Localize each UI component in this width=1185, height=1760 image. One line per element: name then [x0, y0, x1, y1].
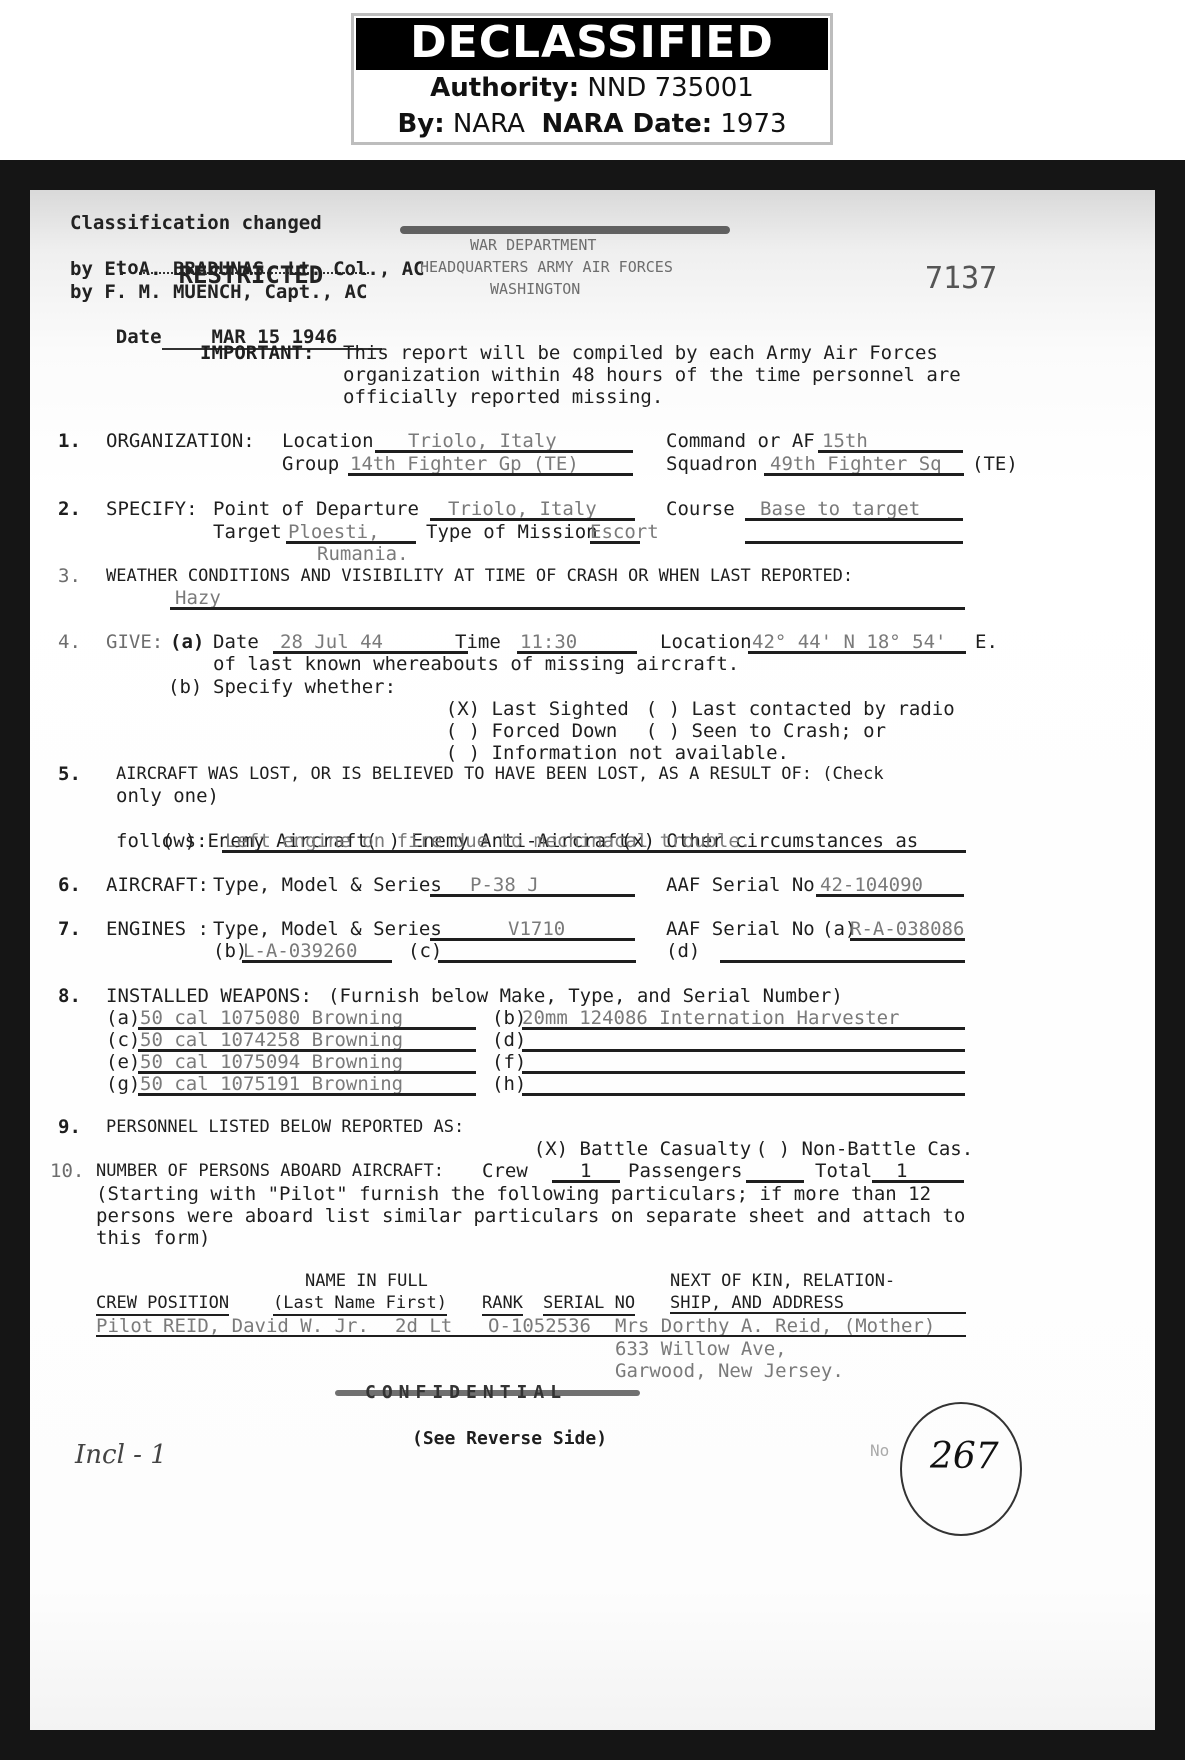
s4-a-label: (a) [170, 631, 204, 653]
checkbox-empty-icon[interactable]: ( ) [446, 742, 480, 764]
s10-crew-label: Crew [482, 1160, 528, 1182]
s4-a-line-2: of last known whereabouts of missing air… [213, 653, 739, 675]
s4-b-text: Specify whether: [213, 676, 396, 698]
s6-type-label: Type, Model & Series [213, 874, 442, 896]
weapon-f-line[interactable] [522, 1071, 965, 1074]
row-line [96, 1335, 966, 1337]
weapon-h-line[interactable] [522, 1093, 965, 1096]
col-header-serial: SERIAL NO [543, 1292, 635, 1316]
number-prefix: No [870, 1440, 889, 1462]
s4-location-suffix: E. [975, 631, 998, 653]
s6-type-line [430, 894, 635, 897]
row-position: Pilot [96, 1315, 153, 1337]
s2-mission-line [590, 541, 640, 544]
col-header-name-top: NAME IN FULL [305, 1270, 428, 1292]
checkbox-empty-icon[interactable]: ( ) [756, 1138, 790, 1160]
s7-type-line [430, 938, 635, 941]
row-kin: Mrs Dorthy A. Reid, (Mother) [615, 1315, 935, 1337]
s10-total-label: Total [815, 1160, 872, 1182]
confidential-stamp: CONFIDENTIAL [365, 1382, 567, 1404]
s7-type-value[interactable]: V1710 [508, 918, 565, 940]
report-number: 7137 [925, 262, 997, 296]
hq-heading: HEADQUARTERS ARMY AIR FORCES [420, 256, 673, 278]
s7-d-line[interactable] [720, 960, 965, 963]
s4-date-label: Date [213, 631, 259, 653]
s2-course-value[interactable]: Base to target [760, 498, 920, 520]
s2-mission-value[interactable]: Escort [590, 521, 659, 543]
weapon-e-value[interactable]: 50 cal 1075094 Browning [140, 1051, 403, 1073]
s2-number: 2. [58, 498, 81, 520]
important-line-3: officially reported missing. [343, 386, 663, 408]
s2-course-label: Course [666, 498, 735, 520]
s7-c-line[interactable] [438, 960, 636, 963]
s10-passengers-label: Passengers [628, 1160, 742, 1182]
row-address-2: Garwood, New Jersey. [615, 1360, 844, 1382]
s1-command-value[interactable]: 15th [822, 430, 868, 452]
s5-follows-value[interactable]: Left engine on fire due to mechinacal tr… [225, 830, 751, 852]
weapon-g-line [138, 1093, 476, 1096]
s4-number: 4. [58, 631, 81, 653]
s3-label: WEATHER CONDITIONS AND VISIBILITY AT TIM… [106, 565, 853, 587]
row-rank: 2d Lt [395, 1315, 452, 1337]
s9-label: PERSONNEL LISTED BELOW REPORTED AS: [106, 1116, 464, 1138]
s8-number: 8. [58, 985, 81, 1007]
s2-target-label: Target [213, 521, 282, 543]
s6-serial-line [816, 894, 964, 897]
weapon-b-value[interactable]: 20mm 124086 Internation Harvester [522, 1007, 900, 1029]
s2-mission-label: Type of Mission [426, 521, 598, 543]
s1-squadron-value[interactable]: 49th Fighter Sq [770, 453, 942, 475]
weapon-d-line[interactable] [522, 1049, 965, 1052]
s2-target-value[interactable]: Ploesti, [288, 521, 380, 543]
s7-a-line [850, 938, 965, 941]
important-line-2: organization within 48 hours of the time… [343, 364, 961, 386]
s1-group-label: Group [282, 453, 339, 475]
s10-label: NUMBER OF PERSONS ABOARD AIRCRAFT: [96, 1160, 444, 1182]
s5-follows-label: follows: [116, 830, 208, 852]
declassified-title: DECLASSIFIED [356, 18, 828, 70]
s7-b-value[interactable]: L-A-039260 [243, 940, 357, 962]
s2-label: SPECIFY: [106, 498, 198, 520]
s5-number: 5. [58, 763, 81, 785]
s5-label-2: only one) [116, 785, 219, 807]
s1-number: 1. [58, 430, 81, 452]
col-header-rank: RANK [482, 1292, 523, 1316]
s7-serial-label: AAF Serial No [666, 918, 815, 940]
s2-course-line-2 [745, 541, 963, 544]
row-address-1: 633 Willow Ave, [615, 1338, 787, 1360]
s6-type-value[interactable]: P-38 J [470, 874, 539, 896]
s6-serial-label: AAF Serial No [666, 874, 815, 896]
s10-number: 10. [50, 1160, 84, 1182]
s4-location-line [748, 651, 966, 654]
s1-location-label: Location [282, 430, 374, 452]
weapon-a-value[interactable]: 50 cal 1075080 Browning [140, 1007, 403, 1029]
col-header-kin-top: NEXT OF KIN, RELATION- [670, 1270, 895, 1292]
s7-c-label: (c) [408, 940, 442, 962]
col-header-position: CREW POSITION [96, 1292, 229, 1316]
classification-line-4: by F. M. MUENCH, Capt., AC [70, 281, 367, 303]
dept-heading: WAR DEPARTMENT [470, 234, 596, 256]
s6-serial-value[interactable]: 42-104090 [820, 874, 923, 896]
s1-squadron-label: Squadron [666, 453, 758, 475]
weapon-g-value[interactable]: 50 cal 1075191 Browning [140, 1073, 403, 1095]
s5-label: AIRCRAFT WAS LOST, OR IS BELIEVED TO HAV… [116, 763, 884, 785]
s1-group-value[interactable]: 14th Fighter Gp (TE) [350, 453, 579, 475]
important-label: IMPORTANT: [200, 342, 314, 364]
col-header-kin: SHIP, AND ADDRESS [670, 1292, 844, 1314]
s1-location-value[interactable]: Triolo, Italy [408, 430, 557, 452]
weapon-f-key: (f) [492, 1051, 526, 1073]
s5-follows-line [222, 850, 966, 853]
row-name: REID, David W. Jr. [163, 1315, 369, 1337]
row-serial: O-1052536 [488, 1315, 591, 1337]
s9-number: 9. [58, 1116, 81, 1138]
by-line: By: NARA NARA Date: 1973 [354, 106, 830, 142]
weapon-a-key: (a) [106, 1007, 140, 1029]
weapon-c-value[interactable]: 50 cal 1074258 Browning [140, 1029, 403, 1051]
s3-number: 3. [58, 565, 81, 587]
s7-number: 7. [58, 918, 81, 940]
weapon-b-line [522, 1027, 965, 1030]
s4-date-value[interactable]: 28 Jul 44 [280, 631, 383, 653]
important-line-1: This report will be compiled by each Arm… [343, 342, 938, 364]
weapon-c-key: (c) [106, 1029, 140, 1051]
s1-squadron-line [764, 473, 964, 476]
redaction-smear [400, 226, 730, 234]
s7-label: ENGINES : [106, 918, 209, 940]
classification-line-1: Classification changed [70, 212, 322, 234]
checkbox-checked-icon[interactable]: (X) [534, 1138, 568, 1160]
s1-command-label: Command or AF [666, 430, 815, 452]
s2-course-line [745, 518, 963, 521]
s1-squadron-suffix: (TE) [972, 453, 1018, 475]
s10-note-3: this form) [96, 1227, 210, 1249]
s8-instructions: (Furnish below Make, Type, and Serial Nu… [328, 985, 843, 1007]
weapon-e-key: (e) [106, 1051, 140, 1073]
s7-a-value[interactable]: R-A-038086 [850, 918, 964, 940]
city-heading: WASHINGTON [490, 278, 580, 300]
s10-note-2: persons were aboard list similar particu… [96, 1205, 965, 1227]
s7-type-label: Type, Model & Series [213, 918, 442, 940]
s7-d-label: (d) [666, 940, 700, 962]
kin-header-line [670, 1312, 966, 1314]
circled-number: 267 [930, 1436, 999, 1477]
s4-location-label: Location [660, 631, 752, 653]
s10-crew-value[interactable]: 1 [580, 1160, 591, 1182]
s3-value[interactable]: Hazy [175, 587, 221, 609]
s6-number: 6. [58, 874, 81, 896]
see-reverse-note: (See Reverse Side) [412, 1428, 607, 1450]
s4-location-value[interactable]: 42° 44' N 18° 54' [752, 631, 946, 653]
s4-time-label: Time [455, 631, 501, 653]
s2-departure-value[interactable]: Triolo, Italy [448, 498, 597, 520]
s1-label: ORGANIZATION: [106, 430, 255, 452]
col-header-name: (Last Name First) [273, 1292, 447, 1316]
s4-time-value[interactable]: 11:30 [520, 631, 577, 653]
s10-note-1: (Starting with "Pilot" furnish the follo… [96, 1183, 931, 1205]
handwritten-incl: Incl - 1 [75, 1440, 167, 1470]
declassified-stamp: DECLASSIFIED Authority: NND 735001 By: N… [351, 13, 833, 145]
s1-group-line [348, 473, 633, 476]
s3-line [170, 607, 965, 610]
authority-line: Authority: NND 735001 [354, 70, 830, 106]
weapon-g-key: (g) [106, 1073, 140, 1095]
document-page: Classification changed toRESTRICTED by E… [30, 190, 1155, 1730]
s2-departure-label: Point of Departure [213, 498, 419, 520]
s4-b-label: (b) [168, 676, 202, 698]
s8-label: INSTALLED WEAPONS: [106, 985, 312, 1007]
weapon-d-key: (d) [492, 1029, 526, 1051]
s4-label: GIVE: [106, 631, 163, 653]
s7-b-line [242, 960, 392, 963]
weapon-h-key: (h) [492, 1073, 526, 1095]
classification-line-3: by E. A. BRADUNAS, Lt. Col., AC [70, 258, 425, 280]
s6-label: AIRCRAFT: [106, 874, 209, 896]
s2-target-value-2[interactable]: Rumania. [317, 543, 409, 565]
s10-total-value[interactable]: 1 [896, 1160, 907, 1182]
